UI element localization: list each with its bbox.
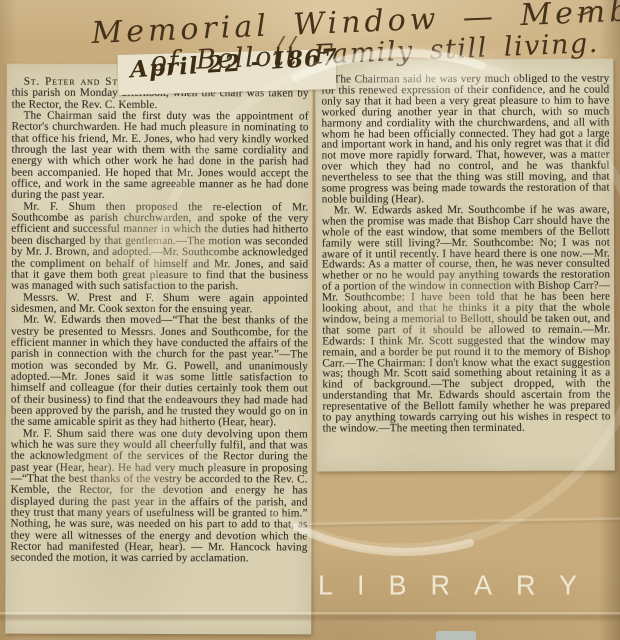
article-left-column: St. Peter and St. Paul.—A vestry meeting…	[10, 77, 308, 566]
newspaper-clipping-left: St. Peter and St. Paul.—A vestry meeting…	[5, 64, 312, 635]
article-paragraph: Mr. W. Edwards asked Mr. Southcombe if h…	[322, 204, 611, 434]
paper-blemish	[436, 631, 476, 640]
newspaper-clipping-right: The Chairman said he was very much oblig…	[315, 58, 614, 471]
article-paragraph: Mr. F. Shum then proposed the re-electio…	[11, 201, 308, 293]
watermark-library-text: LIBRARY	[318, 569, 601, 601]
article-paragraph: The Chairman said the first duty was the…	[11, 111, 308, 203]
paper-crease	[0, 612, 620, 622]
article-paragraph: Mr. F. Shum said there was one duty devo…	[10, 428, 307, 565]
article-paragraph: Mr. W. Edwards then moved—“That the best…	[11, 315, 308, 429]
scrapbook-page: St. Peter and St. Paul.—A vestry meeting…	[0, 0, 620, 640]
article-right-column: The Chairman said he was very much oblig…	[321, 73, 610, 434]
article-paragraph: Messrs. W. Prest and F. Shum were again …	[11, 292, 308, 315]
article-paragraph: The Chairman said he was very much oblig…	[321, 73, 609, 205]
paper-crease	[300, 517, 620, 529]
